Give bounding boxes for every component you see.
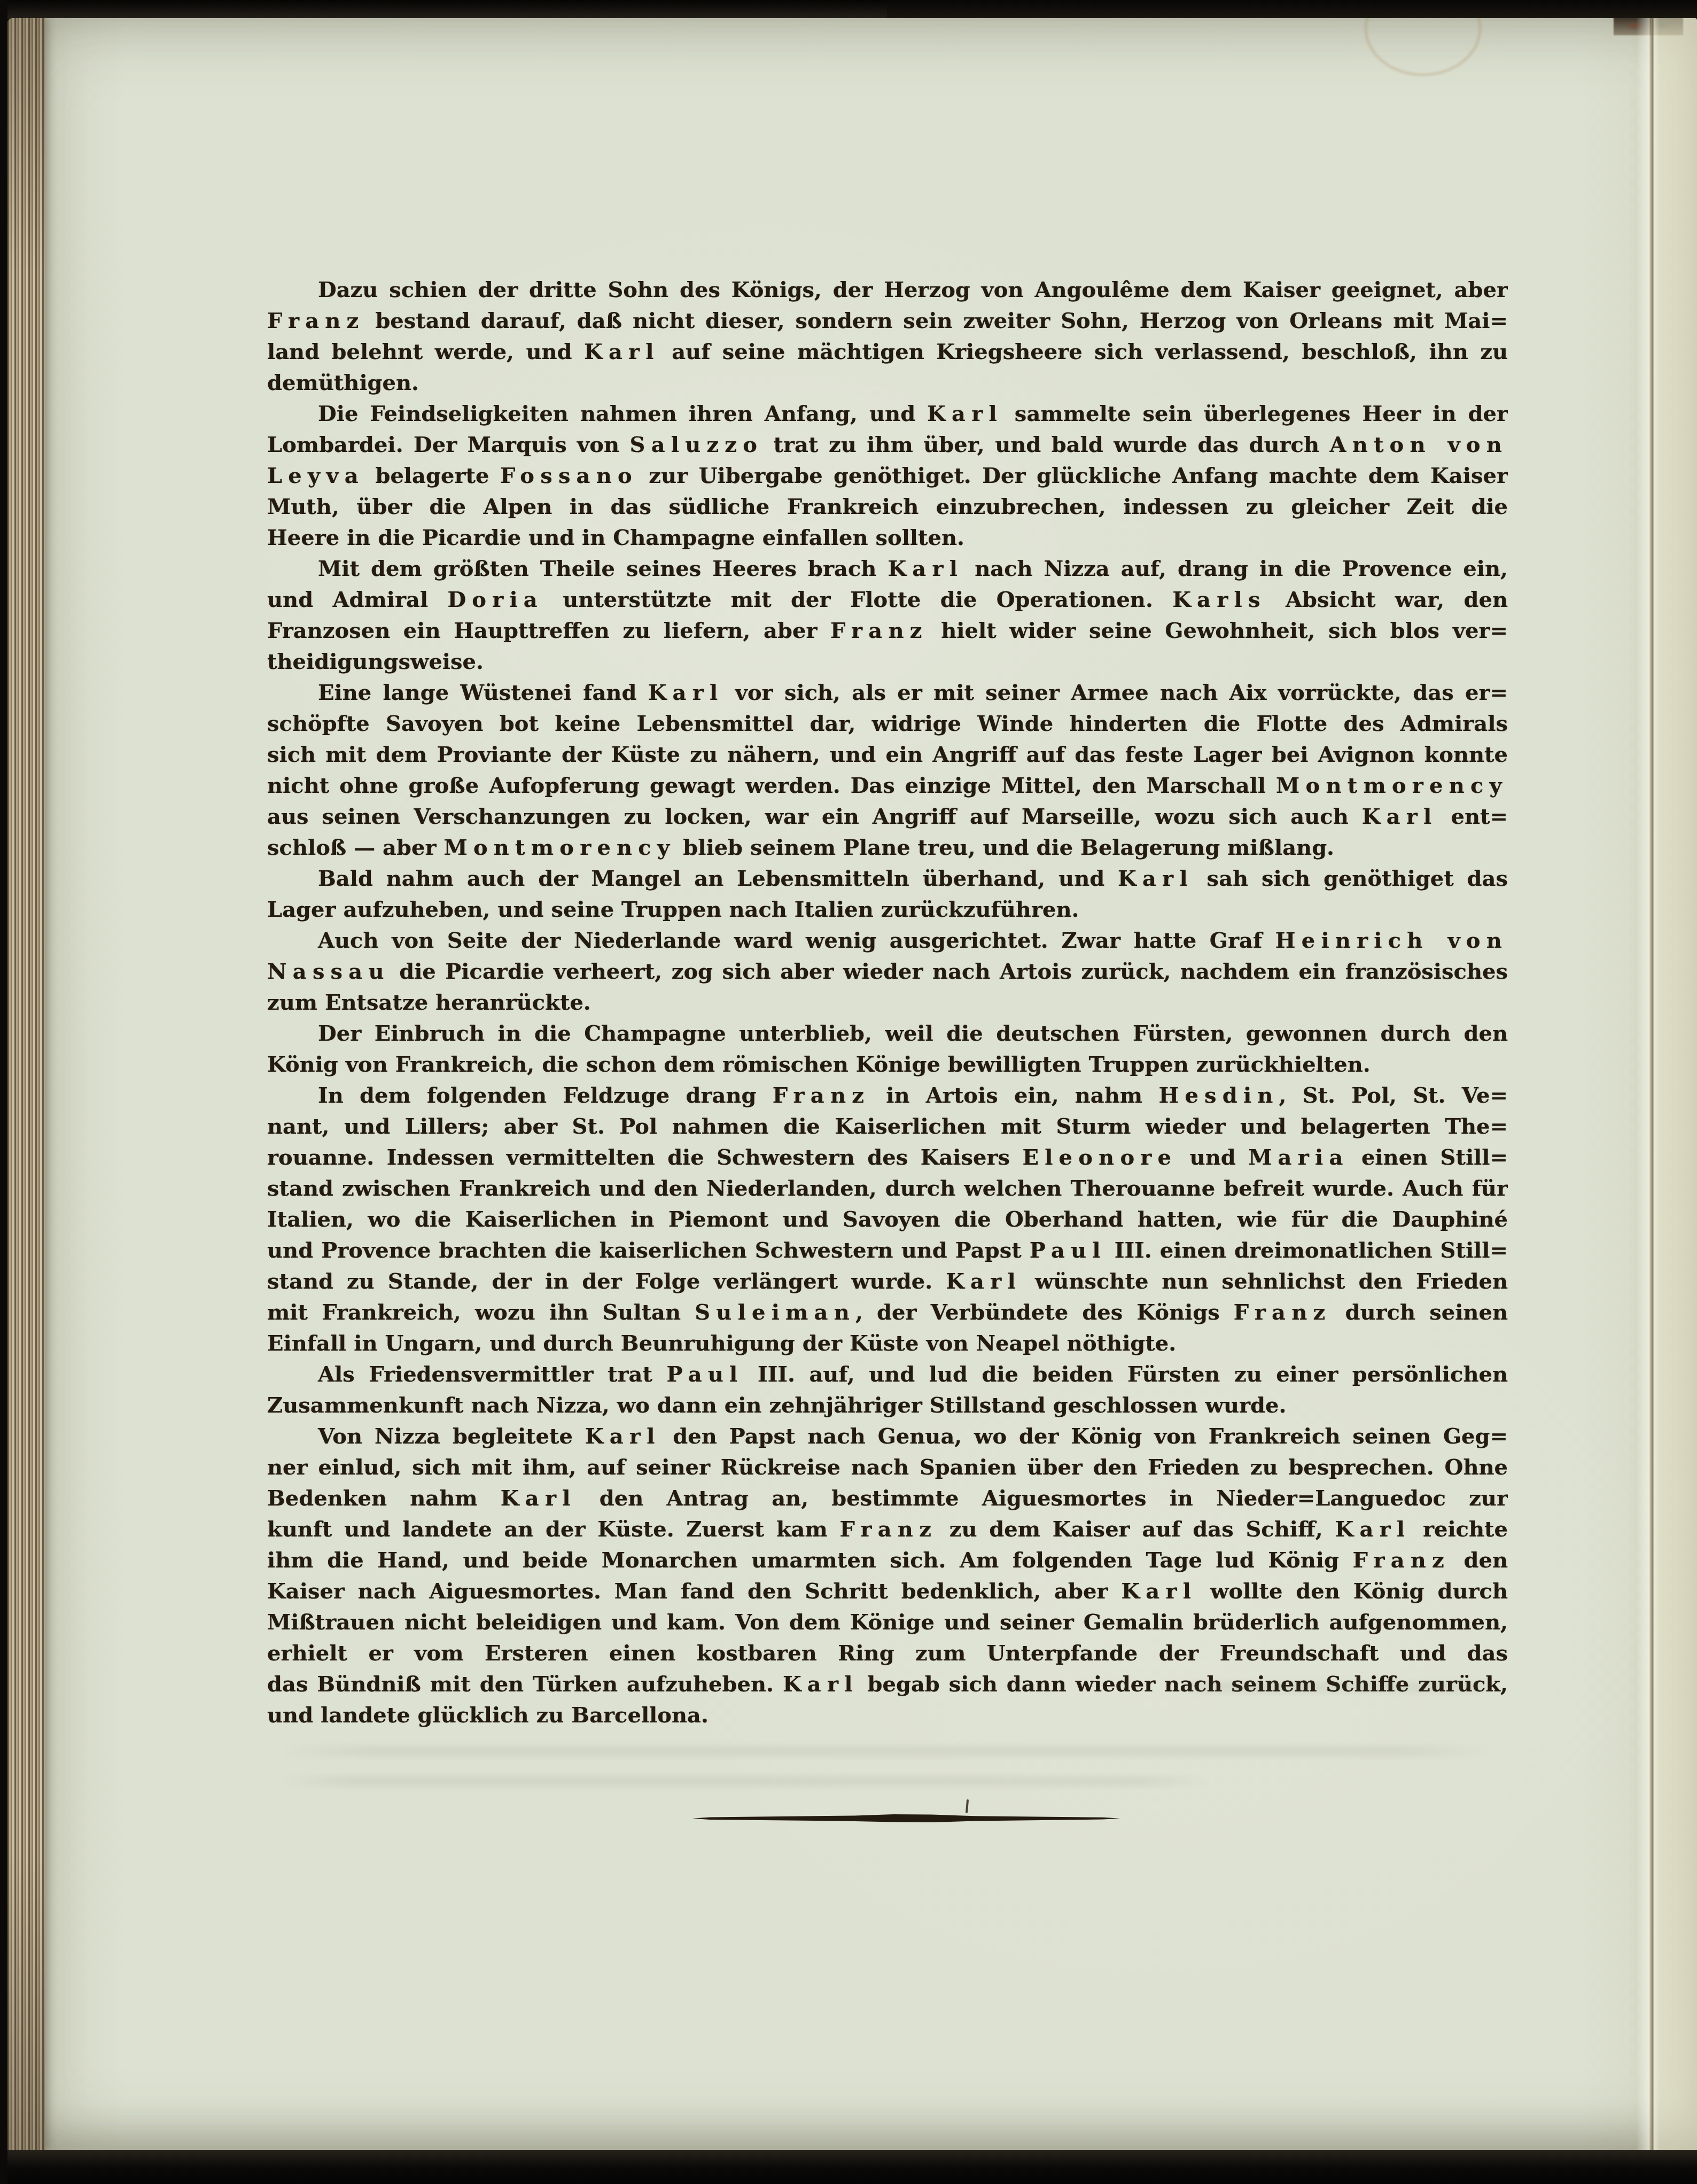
text-run: , der Verbündete des Königs xyxy=(855,1300,1234,1325)
text-run: Die Feindseligkeiten nahmen ihren Anfang… xyxy=(318,401,927,426)
text-run: in Artois ein, nahm xyxy=(870,1083,1158,1108)
text-line: und landete glücklich zu Barcellona. xyxy=(267,1700,1508,1731)
text-line: Einfall in Ungarn, und durch Beunruhigun… xyxy=(267,1328,1508,1359)
letterspaced-name: Heinrich von xyxy=(1275,928,1508,953)
text-run: Auch von Seite der Niederlande ward weni… xyxy=(318,928,1275,953)
text-run: III. einen dreimonatlichen Still= xyxy=(1107,1238,1508,1263)
text-run: Kaiser nach Aiguesmortes. Man fand den S… xyxy=(267,1579,1121,1604)
printed-text-block: Dazu schien der dritte Sohn des Königs, … xyxy=(267,275,1508,1731)
letterspaced-name: Karl xyxy=(888,556,963,581)
text-line: und Admiral Doria unterstützte mit der F… xyxy=(267,584,1508,615)
text-line: Dazu schien der dritte Sohn des Königs, … xyxy=(267,275,1508,306)
text-run: Bedenken nahm xyxy=(267,1486,501,1511)
text-run: einen Still= xyxy=(1349,1145,1508,1170)
text-run: Als Friedensvermittler trat xyxy=(318,1362,666,1387)
text-run: nant, und Lillers; aber St. Pol nahmen d… xyxy=(267,1114,1508,1139)
text-run: Mißtrauen nicht beleidigen und kam. Von … xyxy=(267,1610,1508,1635)
paragraph: Eine lange Wüstenei fand Karl vor sich, … xyxy=(267,677,1508,863)
text-run: König von Frankreich, die schon dem römi… xyxy=(267,1052,1371,1077)
paragraph: Dazu schien der dritte Sohn des Königs, … xyxy=(267,275,1508,399)
paragraph: Mit dem größten Theile seines Heeres bra… xyxy=(267,553,1508,677)
letterspaced-name: Paul xyxy=(666,1362,743,1387)
text-line: sich mit dem Proviante der Küste zu nähe… xyxy=(267,739,1508,770)
text-run: Mit dem größten Theile seines Heeres bra… xyxy=(318,556,888,581)
letterspaced-name: Anton von xyxy=(1329,432,1508,457)
text-line: Lager aufzuheben, und seine Truppen nach… xyxy=(267,894,1508,925)
text-run: III. auf, und lud die beiden Fürsten zu … xyxy=(743,1362,1508,1387)
text-line: land belehnt werde, und Karl auf seine m… xyxy=(267,337,1508,368)
text-run: stand zu Stande, der in der Folge verlän… xyxy=(267,1269,946,1294)
scan-background-left xyxy=(0,0,7,2184)
paragraph: Auch von Seite der Niederlande ward weni… xyxy=(267,925,1508,1018)
text-run: wollte den König durch xyxy=(1197,1579,1508,1604)
letterspaced-name: Franz xyxy=(267,308,364,333)
text-run: kunft und landete an der Küste. Zuerst k… xyxy=(267,1517,840,1542)
text-run: Italien, wo die Kaiserlichen in Piemont … xyxy=(267,1207,1508,1232)
text-line: Die Feindseligkeiten nahmen ihren Anfang… xyxy=(267,399,1508,430)
text-run: reichte xyxy=(1411,1517,1508,1542)
text-line: Franz bestand darauf, daß nicht dieser, … xyxy=(267,306,1508,337)
text-line: Bald nahm auch der Mangel an Lebensmitte… xyxy=(267,863,1508,894)
text-line: Eine lange Wüstenei fand Karl vor sich, … xyxy=(267,677,1508,708)
letterspaced-name: Karls xyxy=(1172,587,1266,612)
letterspaced-name: Karl xyxy=(1362,804,1438,829)
text-run: land belehnt werde, und xyxy=(267,339,584,364)
scan-background-bottom xyxy=(0,2150,1697,2184)
letterspaced-name: Suleiman xyxy=(695,1300,855,1325)
letterspaced-name: Franz xyxy=(1352,1548,1450,1573)
letterspaced-name: Karl xyxy=(1118,866,1194,891)
text-line: In dem folgenden Feldzuge drang Franz in… xyxy=(267,1080,1508,1111)
text-run: auf seine mächtigen Kriegsheere sich ver… xyxy=(660,339,1508,364)
text-line: schöpfte Savoyen bot keine Lebensmittel … xyxy=(267,708,1508,739)
letterspaced-name: Fossano xyxy=(500,463,638,488)
text-line: rouanne. Indessen vermittelten die Schwe… xyxy=(267,1142,1508,1173)
letterspaced-name: Karl xyxy=(927,401,1003,426)
letterspaced-name: Paul xyxy=(1030,1238,1107,1263)
text-run: nach Nizza auf, drang in die Provence ei… xyxy=(963,556,1508,581)
text-line: Nassau die Picardie verheert, zog sich a… xyxy=(267,956,1508,987)
text-run: Dazu schien der dritte Sohn des Königs, … xyxy=(318,277,1508,302)
text-line: Von Nizza begleitete Karl den Papst nach… xyxy=(267,1421,1508,1452)
text-line: Italien, wo die Kaiserlichen in Piemont … xyxy=(267,1204,1508,1235)
text-run: ent= xyxy=(1438,804,1508,829)
text-line: Leyva belagerte Fossano zur Uibergabe ge… xyxy=(267,461,1508,492)
text-run: unterstützte mit der Flotte die Operatio… xyxy=(543,587,1172,612)
text-run: , St. Pol, St. Ve= xyxy=(1279,1083,1508,1108)
letterspaced-name: Karl xyxy=(648,680,724,705)
text-run: Lombardei. Der Marquis von xyxy=(267,432,630,457)
text-run: Absicht war, den xyxy=(1266,587,1508,612)
text-line: stand zwischen Frankreich und den Nieder… xyxy=(267,1173,1508,1204)
text-line: erhielt er vom Ersteren einen kostbaren … xyxy=(267,1638,1508,1669)
paragraph: Der Einbruch in die Champagne unterblieb… xyxy=(267,1018,1508,1080)
text-run: vor sich, als er mit seiner Armee nach A… xyxy=(723,680,1508,705)
paragraph: In dem folgenden Feldzuge drang Franz in… xyxy=(267,1080,1508,1359)
text-run: schloß — aber xyxy=(267,835,443,860)
letterspaced-name: Nassau xyxy=(267,959,390,984)
text-run: Heere in die Picardie und in Champagne e… xyxy=(267,525,964,550)
text-line: zum Entsatze heranrückte. xyxy=(267,987,1508,1018)
text-run: ner einlud, sich mit ihm, auf seiner Rüc… xyxy=(267,1455,1508,1480)
ring-stain xyxy=(1365,18,1481,76)
book-scan-photo: Dazu schien der dritte Sohn des Königs, … xyxy=(0,0,1697,2184)
text-line: Heere in die Picardie und in Champagne e… xyxy=(267,522,1508,553)
text-line: mit Frankreich, wozu ihn Sultan Suleiman… xyxy=(267,1297,1508,1328)
text-run: nicht ohne große Aufopferung gewagt werd… xyxy=(267,773,1276,798)
text-run: Zusammenkunft nach Nizza, wo dann ein ze… xyxy=(267,1393,1286,1418)
text-line: Mißtrauen nicht beleidigen und kam. Von … xyxy=(267,1607,1508,1638)
letterspaced-name: Franz xyxy=(773,1083,870,1108)
text-run: sich mit dem Proviante der Küste zu nähe… xyxy=(267,742,1508,767)
text-line: Als Friedensvermittler trat Paul III. au… xyxy=(267,1359,1508,1390)
text-run: aus seinen Verschanzungen zu locken, war… xyxy=(267,804,1362,829)
text-line: Mit dem größten Theile seines Heeres bra… xyxy=(267,553,1508,584)
text-run: bestand darauf, daß nicht dieser, sonder… xyxy=(364,308,1508,333)
text-line: Lombardei. Der Marquis von Saluzzo trat … xyxy=(267,430,1508,461)
letterspaced-name: Franz xyxy=(1234,1300,1331,1325)
text-run: durch seinen xyxy=(1331,1300,1508,1325)
text-run: Eine lange Wüstenei fand xyxy=(318,680,648,705)
page-stack-fore-edge xyxy=(7,18,45,2150)
text-run: das Bündniß mit den Türken aufzuheben. xyxy=(267,1672,783,1697)
text-line: schloß — aber Montmorency blieb seinem P… xyxy=(267,832,1508,863)
letterspaced-name: Franz xyxy=(830,618,928,643)
ink-show-through xyxy=(278,1746,1496,1757)
text-run: In dem folgenden Feldzuge drang xyxy=(318,1083,773,1108)
text-run: zur Uibergabe genöthiget. Der glückliche… xyxy=(638,463,1508,488)
text-line: nant, und Lillers; aber St. Pol nahmen d… xyxy=(267,1111,1508,1142)
text-run: die Picardie verheert, zog sich aber wie… xyxy=(267,959,1508,987)
letterspaced-name: Karl xyxy=(585,1424,661,1449)
letterspaced-name: Doria xyxy=(447,587,543,612)
text-run: zum Entsatze heranrückte. xyxy=(267,990,591,1015)
text-line: kunft und landete an der Küste. Zuerst k… xyxy=(267,1514,1508,1545)
page-crease xyxy=(1636,18,1660,2150)
text-line: demüthigen. xyxy=(267,368,1508,399)
text-line: Der Einbruch in die Champagne unterblieb… xyxy=(267,1018,1508,1049)
text-run: und xyxy=(1177,1145,1248,1170)
text-run: belagerte xyxy=(364,463,500,488)
text-run: sammelte sein überlegenes Heer in der xyxy=(1003,401,1508,426)
letterspaced-name: Karl xyxy=(1121,1579,1197,1604)
text-line: theidigungsweise. xyxy=(267,646,1508,677)
text-run: Franzosen ein Haupttreffen zu liefern, a… xyxy=(267,618,830,643)
text-run: den xyxy=(1450,1548,1508,1573)
text-run: erhielt er vom Ersteren einen kostbaren … xyxy=(267,1641,1508,1669)
text-line: König von Frankreich, die schon dem römi… xyxy=(267,1049,1508,1080)
letterspaced-name: Montmorency xyxy=(443,835,675,860)
text-line: und Provence brachten die kaiserlichen S… xyxy=(267,1235,1508,1266)
text-line: nicht ohne große Aufopferung gewagt werd… xyxy=(267,770,1508,801)
text-run: theidigungsweise. xyxy=(267,649,484,674)
ink-show-through xyxy=(1176,1682,1496,1692)
text-run: demüthigen. xyxy=(267,370,419,395)
text-line: Muth, über die Alpen in das südliche Fra… xyxy=(267,492,1508,522)
text-line: Zusammenkunft nach Nizza, wo dann ein ze… xyxy=(267,1390,1508,1421)
letterspaced-name: Maria xyxy=(1248,1145,1349,1170)
text-run: sah sich genöthiget das xyxy=(1194,866,1508,891)
paragraph: Die Feindseligkeiten nahmen ihren Anfang… xyxy=(267,399,1508,553)
text-line: Kaiser nach Aiguesmortes. Man fand den S… xyxy=(267,1576,1508,1607)
letterspaced-name: Leyva xyxy=(267,463,364,488)
text-run: Bald nahm auch der Mangel an Lebensmitte… xyxy=(318,866,1118,891)
paragraph: Bald nahm auch der Mangel an Lebensmitte… xyxy=(267,863,1508,925)
text-run: rouanne. Indessen vermittelten die Schwe… xyxy=(267,1145,1023,1170)
text-run: und landete glücklich zu Barcellona. xyxy=(267,1703,709,1728)
text-run: den Papst nach Genua, wo der König von F… xyxy=(661,1424,1508,1449)
letterspaced-name: Franz xyxy=(840,1517,937,1542)
letterspaced-name: Karl xyxy=(946,1269,1022,1294)
letterspaced-name: Eleonore xyxy=(1023,1145,1178,1170)
text-run: Lager aufzuheben, und seine Truppen nach… xyxy=(267,897,1079,922)
text-run: zu dem Kaiser auf das Schiff, xyxy=(937,1517,1335,1542)
letterspaced-name: Montmorency xyxy=(1276,773,1508,798)
text-run: Von Nizza begleitete xyxy=(318,1424,585,1449)
text-line: Auch von Seite der Niederlande ward weni… xyxy=(267,925,1508,956)
text-line: Franzosen ein Haupttreffen zu liefern, a… xyxy=(267,615,1508,646)
text-run: Einfall in Ungarn, und durch Beunruhigun… xyxy=(267,1331,1176,1356)
text-run: trat zu ihm über, und bald wurde das dur… xyxy=(763,432,1329,457)
text-run: Muth, über die Alpen in das südliche Fra… xyxy=(267,494,1508,522)
letterspaced-name: Karl xyxy=(501,1486,577,1511)
text-run: wünschte nun sehnlichst den Frieden xyxy=(1022,1269,1508,1294)
text-run: und Admiral xyxy=(267,587,447,612)
text-line: Bedenken nahm Karl den Antrag an, bestim… xyxy=(267,1483,1508,1514)
paragraph: Als Friedensvermittler trat Paul III. au… xyxy=(267,1359,1508,1421)
letterspaced-name: Saluzzo xyxy=(630,432,764,457)
text-run: und Provence brachten die kaiserlichen S… xyxy=(267,1238,1030,1263)
text-run: ihm die Hand, und beide Monarchen umarmt… xyxy=(267,1548,1352,1573)
text-line: aus seinen Verschanzungen zu locken, war… xyxy=(267,801,1508,832)
text-run: hielt wider seine Gewohnheit, sich blos … xyxy=(928,618,1508,643)
letterspaced-name: Karl xyxy=(1335,1517,1411,1542)
letterspaced-name: Karl xyxy=(584,339,660,364)
text-run: schöpfte Savoyen bot keine Lebensmittel … xyxy=(267,711,1508,736)
text-run: blieb seinem Plane treu, und die Belager… xyxy=(675,835,1334,860)
text-run: stand zwischen Frankreich und den Nieder… xyxy=(267,1176,1508,1201)
text-line: ihm die Hand, und beide Monarchen umarmt… xyxy=(267,1545,1508,1576)
text-run: mit Frankreich, wozu ihn Sultan xyxy=(267,1300,695,1325)
letterspaced-name: Hesdin xyxy=(1158,1083,1279,1108)
ink-show-through xyxy=(278,1776,1213,1787)
letterspaced-name: Karl xyxy=(783,1672,859,1697)
text-line: ner einlud, sich mit ihm, auf seiner Rüc… xyxy=(267,1452,1508,1483)
text-line: stand zu Stande, der in der Folge verlän… xyxy=(267,1266,1508,1297)
text-run: Der Einbruch in die Champagne unterblieb… xyxy=(318,1021,1508,1046)
